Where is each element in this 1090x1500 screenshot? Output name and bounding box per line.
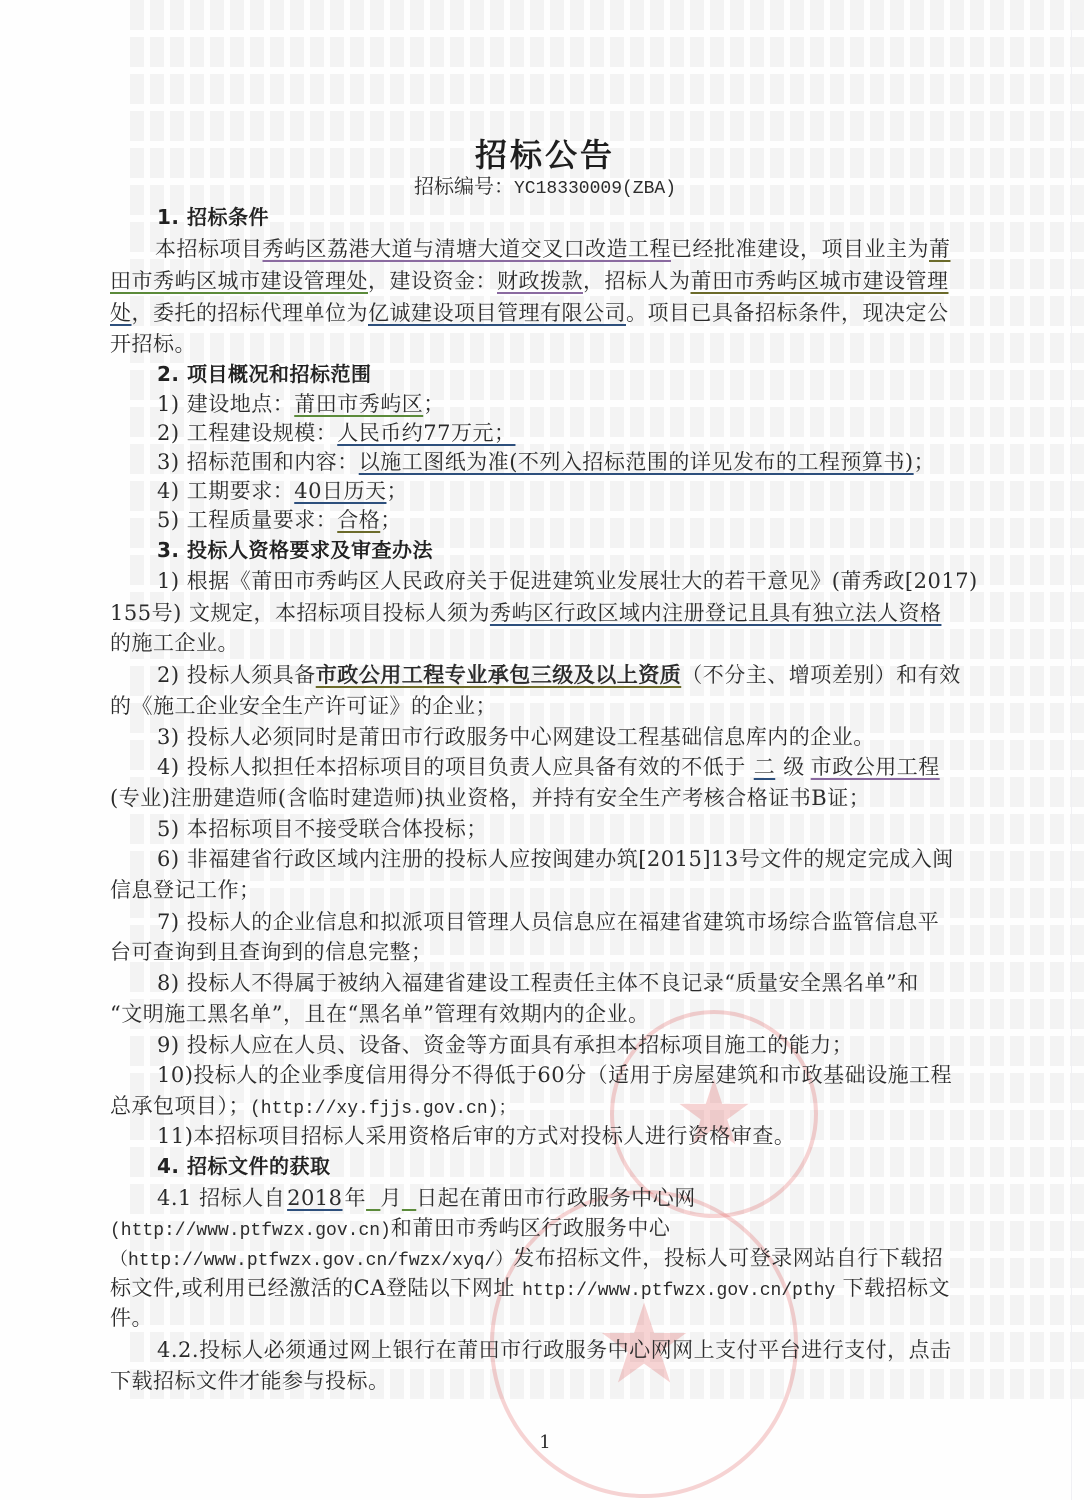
- agent-name: 亿诚建设项目管理有限公司: [368, 301, 626, 325]
- section-1-heading: 1. 招标条件: [157, 202, 269, 232]
- field-value: 市政公用工程: [805, 755, 946, 779]
- s3-item-8-line-2: “文明施工黑名单”，且在“黑名单”管理有效期内的企业。: [110, 999, 649, 1029]
- text: 155号) 文规定，本招标项目投标人须为: [110, 601, 490, 625]
- s3-item-4-line-2: (专业)注册建造师(含临时建造师)执业资格，并持有安全生产考核合格证书B证；: [110, 783, 870, 813]
- text: 和莆田市秀屿区行政服务中心: [391, 1216, 671, 1240]
- s2-item-scope: 3) 招标范围和内容：以施工图纸为准(不列入招标范围的详见发布的工程预算书)；: [157, 447, 935, 477]
- funding-source: 财政拨款: [497, 269, 583, 293]
- s4-1-line-2: (http://www.ptfwzx.gov.cn)和莆田市秀屿区行政服务中心: [110, 1213, 670, 1246]
- grade-value: 二: [746, 755, 784, 779]
- text: ；: [914, 450, 936, 474]
- s4-1-line-3: （http://www.ptfwzx.gov.cn/fwzx/xyq/）发布招标…: [110, 1243, 943, 1276]
- text: 。项目已具备招标条件，现决定公: [626, 301, 949, 325]
- tenderer-name-part: 处: [110, 301, 132, 325]
- text: 下载招标文: [843, 1276, 951, 1300]
- text: 发布招标文件，投标人可登录网站自行下载招: [513, 1246, 943, 1270]
- s4-1-line-4: 标文件,或利用已经激活的CA登陆以下网址 http://www.ptfwzx.g…: [110, 1273, 950, 1306]
- s3-item-3: 3) 投标人必须同时是莆田市行政服务中心网建设工程基础信息库内的企业。: [157, 722, 875, 752]
- s4-2-line-1: 4.2.投标人必须通过网上银行在莆田市行政服务中心网网上支付平台进行支付，点击: [157, 1335, 952, 1365]
- day-blank: [402, 1186, 416, 1210]
- text: ；: [380, 508, 402, 532]
- s3-item-10-line-1: 10)投标人的企业季度信用得分不得低于60分（适用于房屋建筑和市政基础设施工程: [157, 1060, 952, 1090]
- s3-item-6-line-1: 6) 非福建省行政区域内注册的投标人应按闽建办筑[2015]13号文件的规定完成…: [157, 844, 954, 874]
- s3-item-7-line-1: 7) 投标人的企业信息和拟派项目管理人员信息应在福建省建筑市场综合监管信息平: [157, 907, 939, 937]
- s3-item-5: 5) 本招标项目不接受联合体投标；: [157, 814, 488, 844]
- text: ；: [386, 479, 408, 503]
- s1-paragraph-line-3: 处，委托的招标代理单位为亿诚建设项目管理有限公司。项目已具备招标条件，现决定公: [110, 298, 949, 328]
- text: 4.1 招标人自: [157, 1186, 285, 1210]
- s3-item-9: 9) 投标人应在人员、设备、资金等方面具有承担本招标项目施工的能力；: [157, 1030, 853, 1060]
- district-service-url: （http://www.ptfwzx.gov.cn/fwzx/xyq/）: [110, 1251, 513, 1271]
- month-blank: [366, 1186, 380, 1210]
- text: 级: [783, 755, 805, 779]
- download-url: http://www.ptfwzx.gov.cn/pthy: [522, 1281, 835, 1301]
- text: （不分主、增项差别）和有效: [681, 663, 961, 687]
- page-number: 1: [0, 1432, 1090, 1453]
- text: ；: [423, 392, 445, 416]
- qualification-highlight: 市政公用工程专业承包三级及以上资质: [316, 662, 682, 687]
- owner-name-part: 莆: [929, 237, 951, 261]
- item-label: 2) 工程建设规模：: [157, 421, 337, 445]
- s4-1-line-5: 件。: [110, 1303, 153, 1333]
- s2-item-duration: 4) 工期要求：40日历天；: [157, 476, 408, 506]
- item-value: 人民币约77万元；: [337, 421, 515, 445]
- text: 月: [380, 1186, 402, 1210]
- text: 日起在莆田市行政服务中心网: [416, 1186, 696, 1210]
- year-value: 2018: [285, 1186, 344, 1210]
- owner-name: 田市秀屿区城市建设管理处: [110, 269, 368, 293]
- text: ，招标人为: [583, 269, 691, 293]
- section-3-heading: 3. 投标人资格要求及审查办法: [157, 535, 433, 565]
- item-label: 1) 建设地点：: [157, 392, 294, 416]
- s1-paragraph-line-1: 本招标项目秀屿区荔港大道与清塘大道交叉口改造工程已经批准建设，项目业主为莆: [155, 234, 951, 264]
- service-center-url: (http://www.ptfwzx.gov.cn): [110, 1221, 391, 1241]
- s3-item-6-line-2: 信息登记工作；: [110, 875, 261, 905]
- credit-url: (http://xy.fjjs.gov.cn)；: [250, 1099, 516, 1119]
- section-2-heading: 2. 项目概况和招标范围: [157, 359, 371, 389]
- s1-paragraph-line-4: 开招标。: [110, 329, 196, 359]
- scanned-page: ★ ★ 招标公告 招标编号：YC18330009(ZBA) 1. 招标条件 本招…: [0, 0, 1090, 1500]
- s2-item-location: 1) 建设地点：莆田市秀屿区；: [157, 389, 445, 419]
- s4-2-line-2: 下载招标文件才能参与投标。: [110, 1366, 390, 1396]
- requirement-highlight: 秀屿区行政区域内注册登记且具有独立法人资格: [490, 601, 942, 625]
- tender-code: 招标编号：YC18330009(ZBA): [0, 173, 1090, 202]
- s3-item-2-line-1: 2) 投标人须具备市政公用工程专业承包三级及以上资质（不分主、增项差别）和有效: [157, 660, 961, 690]
- text: 已经批准建设，项目业主为: [671, 237, 929, 261]
- text: 本招标项目: [155, 237, 263, 261]
- s4-1-line-1: 4.1 招标人自2018年 月 日起在莆田市行政服务中心网: [157, 1183, 696, 1213]
- s3-item-11: 11)本招标项目招标人采用资格后审的方式对投标人进行资格审查。: [157, 1121, 795, 1151]
- s3-item-4-line-1: 4) 投标人拟担任本招标项目的项目负责人应具备有效的不低于二级市政公用工程: [157, 752, 946, 782]
- text: ，建设资金：: [368, 269, 497, 293]
- s3-item-1-line-2: 155号) 文规定，本招标项目投标人须为秀屿区行政区域内注册登记且具有独立法人资…: [110, 598, 941, 628]
- tender-code-label: 招标编号：: [414, 174, 514, 198]
- s3-item-10-line-2: 总承包项目）；(http://xy.fjjs.gov.cn)；: [110, 1091, 516, 1124]
- item-value: 合格: [337, 508, 380, 532]
- item-value: 以施工图纸为准(不列入招标范围的详见发布的工程预算书): [359, 450, 914, 474]
- s2-item-scale: 2) 工程建设规模：人民币约77万元；: [157, 418, 515, 448]
- tender-code-value: YC18330009(ZBA): [514, 179, 676, 199]
- text: 总承包项目）；: [110, 1094, 250, 1118]
- text: ，委托的招标代理单位为: [132, 301, 369, 325]
- item-label: 3) 招标范围和内容：: [157, 450, 359, 474]
- item-label: 5) 工程质量要求：: [157, 508, 337, 532]
- text: 年: [345, 1186, 367, 1210]
- s1-paragraph-line-2: 田市秀屿区城市建设管理处，建设资金：财政拨款，招标人为莆田市秀屿区城市建设管理: [110, 266, 949, 296]
- s3-item-2-line-2: 的《施工企业安全生产许可证》的企业；: [110, 691, 497, 721]
- text: 2) 投标人须具备: [157, 663, 316, 687]
- item-value: 莆田市秀屿区: [294, 392, 423, 416]
- text: 标文件,或利用已经激活的CA登陆以下网址: [110, 1276, 515, 1300]
- scan-edge: [1071, 12, 1072, 1500]
- s3-item-7-line-2: 台可查询到且查询到的信息完整；: [110, 937, 433, 967]
- item-value: 40日历天: [294, 479, 386, 503]
- item-label: 4) 工期要求：: [157, 479, 294, 503]
- s2-item-quality: 5) 工程质量要求：合格；: [157, 505, 402, 535]
- s3-item-8-line-1: 8) 投标人不得属于被纳入福建省建设工程责任主体不良记录“质量安全黑名单”和: [157, 968, 919, 998]
- s3-item-1-line-1: 1) 根据《莆田市秀屿区人民政府关于促进建筑业发展壮大的若干意见》(莆秀政[20…: [157, 566, 978, 596]
- tenderer-name: 莆田市秀屿区城市建设管理: [691, 269, 949, 293]
- section-4-heading: 4. 招标文件的获取: [157, 1151, 330, 1181]
- document-title: 招标公告: [0, 130, 1090, 176]
- text: 4) 投标人拟担任本招标项目的项目负责人应具备有效的不低于: [157, 755, 746, 779]
- s3-item-1-line-3: 的施工企业。: [110, 628, 239, 658]
- project-name: 秀屿区荔港大道与清塘大道交叉口改造工程: [263, 237, 672, 261]
